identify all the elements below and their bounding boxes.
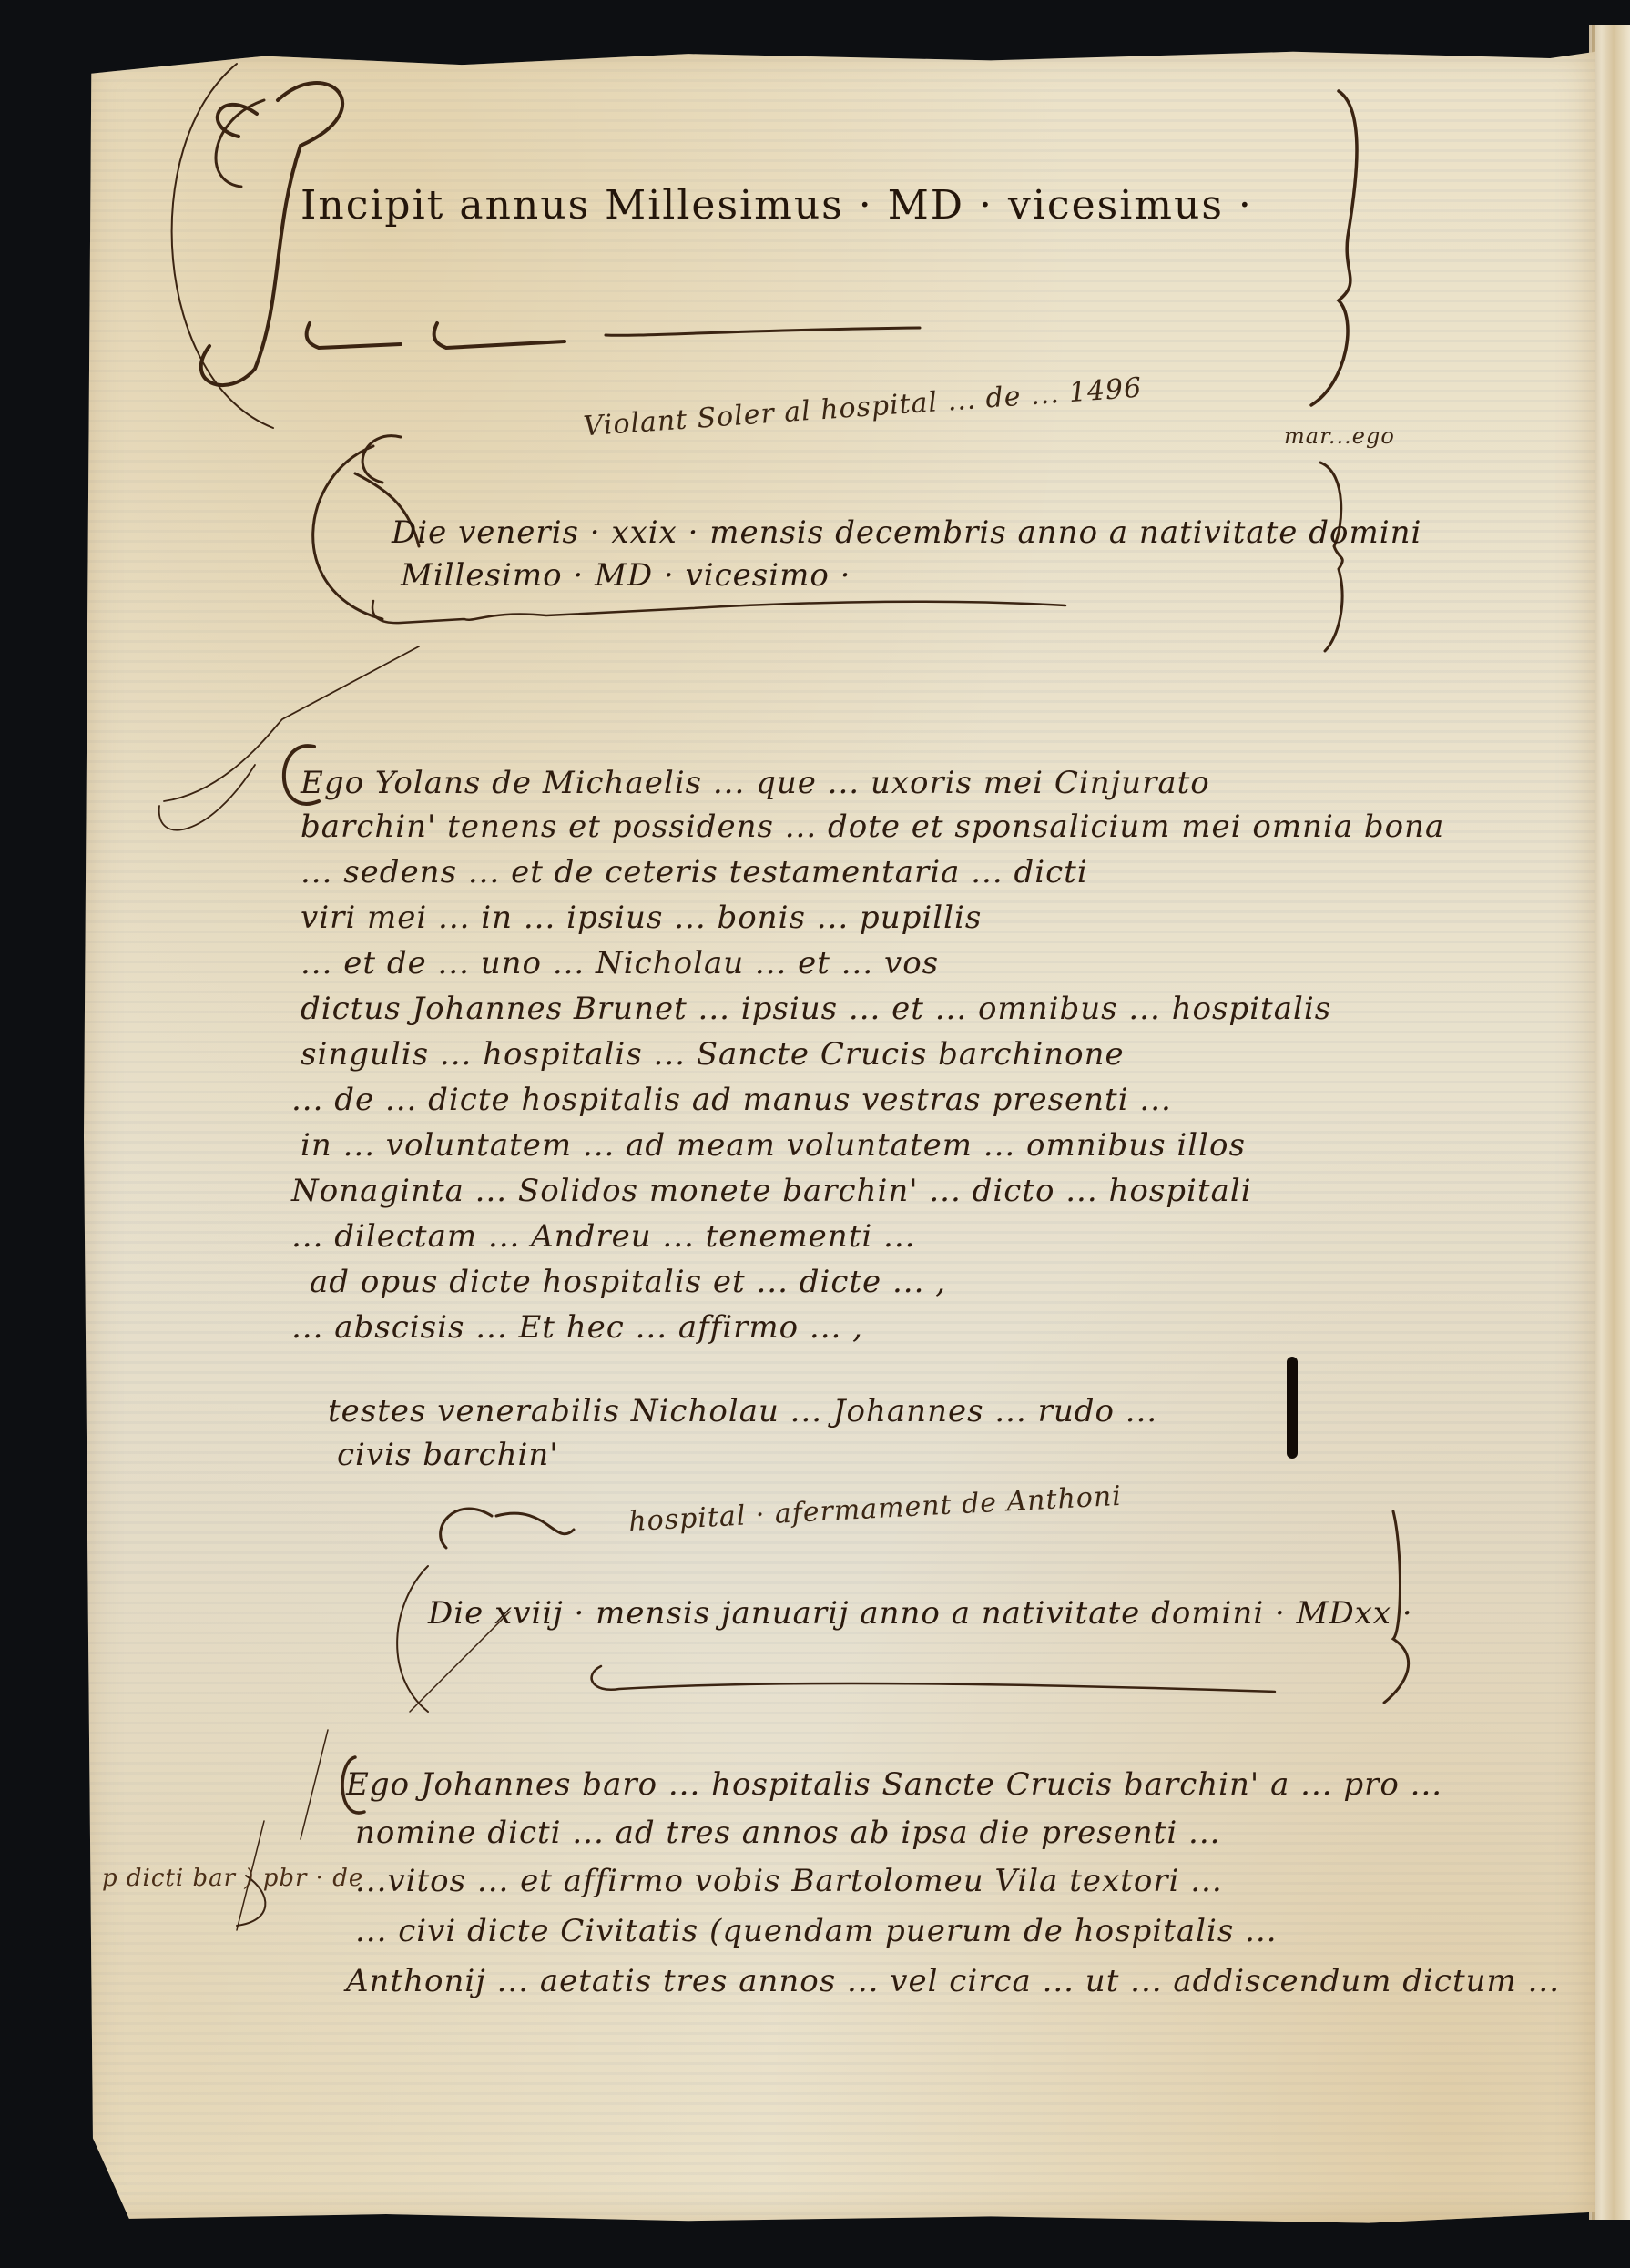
entry-1-date-line-1: Die veneris · xxix · mensis decembris an… [392, 514, 1421, 551]
folio-title: Incipit annus Millesimus · MD · vicesimu… [301, 182, 1253, 229]
manuscript-scan: Incipit annus Millesimus · MD · vicesimu… [0, 0, 1630, 2268]
entry-1-line: Ego Yolans de Michaelis ... que ... uxor… [301, 765, 1210, 801]
ink-blot [1287, 1357, 1298, 1459]
entry-1-line: Nonaginta ... Solidos monete barchin' ..… [291, 1173, 1252, 1209]
entry-1-date-line-2: Millesimo · MD · vicesimo · [401, 557, 851, 594]
entry-2-line: ...vitos ... et affirmo vobis Bartolomeu… [355, 1863, 1223, 1899]
entry-1-line: ... abscisis ... Et hec ... affirmo ... … [291, 1309, 863, 1346]
entry-1-line: dictus Johannes Brunet ... ipsius ... et… [301, 991, 1331, 1027]
entry-1-line: singulis ... hospitalis ... Sancte Cruci… [301, 1036, 1125, 1073]
entry-1-line: ... de ... dicte hospitalis ad manus ves… [291, 1082, 1172, 1118]
entry-1-line: ad opus dicte hospitalis et ... dicte ..… [310, 1264, 946, 1300]
entry-1-line: barchin' tenens et possidens ... dote et… [301, 809, 1444, 845]
entry-1-line: ... sedens ... et de ceteris testamentar… [301, 854, 1088, 890]
entry-1-line: viri mei ... in ... ipsius ... bonis ...… [301, 900, 982, 936]
entry-2-date-line: Die xviij · mensis januarij anno a nativ… [428, 1595, 1413, 1632]
entry-2-line: ... civi dicte Civitatis (quendam puerum… [355, 1913, 1278, 1949]
entry-2-margin-note: p dicti bar ) pbr · de [102, 1865, 363, 1892]
entry-1-witnesses-line-2: civis barchin' [337, 1437, 559, 1473]
annotation-top-right: mar...ego [1284, 423, 1395, 449]
entry-2-line: Ego Johannes baro ... hospitalis Sancte … [346, 1766, 1442, 1803]
entry-1-witnesses-line-1: testes venerabilis Nicholau ... Johannes… [328, 1393, 1157, 1429]
entry-1-line: ... et de ... uno ... Nicholau ... et ..… [301, 945, 939, 981]
entry-2-line: Anthonij ... aetatis tres annos ... vel … [346, 1963, 1560, 1999]
entry-1-line: ... dilectam ... Andreu ... tenementi ..… [291, 1218, 915, 1255]
entry-2-line: nomine dicti ... ad tres annos ab ipsa d… [355, 1815, 1220, 1851]
entry-1-line: in ... voluntatem ... ad meam voluntatem… [301, 1127, 1246, 1164]
